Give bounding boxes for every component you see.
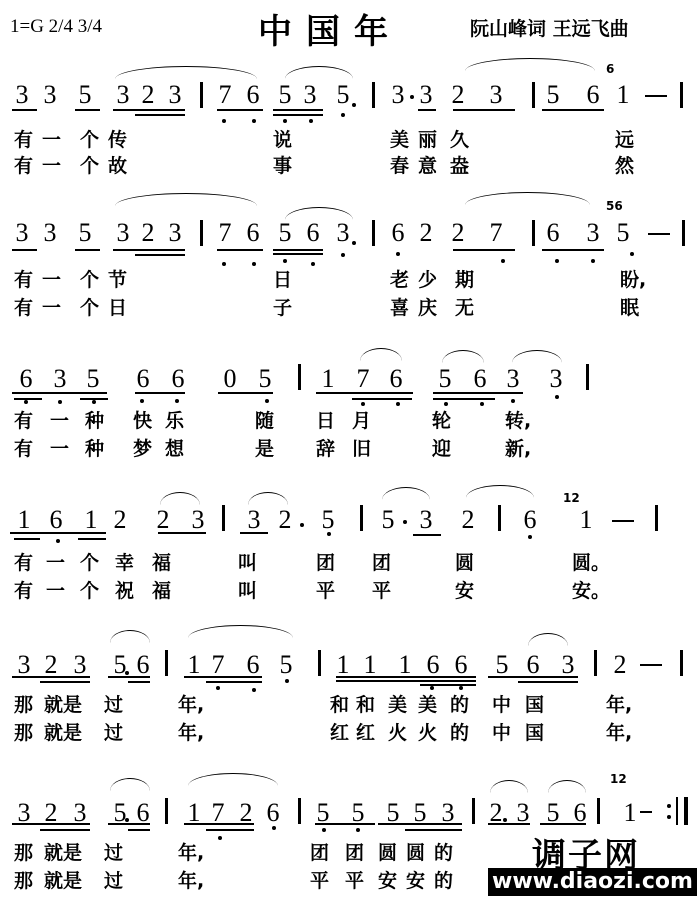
lyric: 传 (108, 129, 127, 151)
note: 5 (380, 507, 396, 533)
note: 7 (210, 652, 226, 678)
octave-dot (361, 402, 365, 406)
octave-dot (309, 119, 313, 123)
note: 3 (488, 82, 504, 108)
lyric: 的 (450, 694, 469, 716)
extension-dash (648, 233, 670, 235)
grace-note: 12 (610, 773, 627, 785)
lyric: 轮 (432, 410, 451, 432)
repeat-barline-thin (676, 797, 678, 825)
underline (217, 249, 263, 251)
lyric: 久 (450, 129, 469, 151)
slur (528, 633, 568, 646)
lyric: 年, (606, 694, 632, 716)
octave-dot (444, 402, 448, 406)
lyric: 庆 (418, 297, 437, 319)
barline (200, 82, 203, 108)
lyric: 火 (418, 722, 437, 744)
lyric: 一 (42, 297, 61, 319)
underline (273, 109, 323, 111)
lyric: 一 (42, 269, 61, 291)
octave-dot (216, 686, 220, 690)
barline (594, 650, 597, 676)
octave-dot (272, 826, 276, 830)
lyric: 那 (14, 694, 33, 716)
octave-dot (24, 400, 28, 404)
underline (128, 829, 150, 831)
lyric: 种 (85, 410, 104, 432)
underline (78, 538, 106, 540)
octave-dot (501, 259, 505, 263)
octave-dot (480, 402, 484, 406)
lyric: 远 (615, 129, 634, 151)
lyric: 过 (104, 722, 123, 744)
underline (12, 249, 37, 251)
note: 2 (277, 507, 293, 533)
note: 3 (548, 366, 564, 392)
repeat-barline-thick (684, 797, 688, 825)
note: 5 (545, 82, 561, 108)
song-credits: 阮山峰词 王远飞曲 (470, 14, 629, 41)
lyric: 子 (273, 297, 292, 319)
barline (165, 798, 168, 824)
lyric: 日 (273, 269, 292, 291)
slur (115, 66, 257, 79)
underline (453, 249, 515, 251)
note: 2 (155, 507, 171, 533)
note: 0 (222, 366, 238, 392)
lyric: 辞 (316, 438, 335, 460)
lyric: 月 (352, 410, 371, 432)
octave-dot (511, 399, 515, 403)
note: 5 (257, 366, 273, 392)
lyric: 眠 (620, 297, 639, 319)
lyric: 国 (525, 694, 544, 716)
extension-dash (645, 95, 667, 97)
underline (14, 538, 40, 540)
aug-dot (410, 95, 414, 99)
lyric: 安 (455, 580, 474, 602)
note: 5 (615, 220, 631, 246)
lyric: 梦 (133, 438, 152, 460)
lyric: 日 (108, 297, 127, 319)
song-title: 中国年 (258, 4, 402, 53)
octave-dot (285, 679, 289, 683)
underline (420, 684, 476, 686)
lyric: 种 (85, 438, 104, 460)
slur (160, 492, 200, 505)
note: 5 (278, 652, 294, 678)
extension-dash (640, 664, 662, 666)
barline (298, 798, 301, 824)
note: 1 (578, 507, 594, 533)
octave-dot (265, 399, 269, 403)
underline (217, 109, 263, 111)
lyric: 丽 (418, 129, 437, 151)
underline (12, 109, 37, 111)
lyric: 乐 (165, 410, 184, 432)
lyric: 年, (178, 870, 204, 892)
octave-dot (252, 262, 256, 266)
lyric: 一 (46, 580, 65, 602)
underline (12, 823, 90, 825)
grace-note: 12 (563, 492, 580, 504)
note: 5 (77, 82, 93, 108)
aug-dot (503, 818, 507, 822)
octave-dot (218, 836, 222, 840)
note: 3 (560, 652, 576, 678)
underline (378, 823, 462, 825)
lyric: 红 (330, 722, 349, 744)
octave-dot (356, 828, 360, 832)
lyric: 火 (388, 722, 407, 744)
lyric: 节 (108, 269, 127, 291)
underline (542, 249, 604, 251)
underline (113, 249, 185, 251)
note: 3 (505, 366, 521, 392)
note: 1 (16, 507, 32, 533)
lyric: 平 (310, 870, 329, 892)
lyric: 无 (455, 297, 474, 319)
lyric: 叫 (238, 552, 257, 574)
note: 1 (320, 366, 336, 392)
lyric: 那 (14, 722, 33, 744)
note: 1 (397, 652, 413, 678)
lyric: 有 (14, 410, 33, 432)
underline (316, 392, 413, 394)
lyric: 然 (615, 155, 634, 177)
note: 5 (277, 82, 293, 108)
octave-dot (283, 119, 287, 123)
aug-dot (300, 523, 304, 527)
lyric: 就是 (44, 694, 82, 716)
aug-dot (125, 818, 129, 822)
note: 6 (245, 82, 261, 108)
underline (540, 823, 586, 825)
underline (418, 109, 436, 111)
lyric: 盎 (450, 155, 469, 177)
grace-note: 56 (606, 200, 623, 212)
lyric: 的 (434, 870, 453, 892)
note: 1 (335, 652, 351, 678)
note: 6 (135, 366, 151, 392)
lyric: 个 (80, 297, 99, 319)
lyric: 有 (14, 552, 33, 574)
octave-dot (322, 828, 326, 832)
lyric: 圆 (406, 842, 425, 864)
barline (372, 220, 375, 246)
lyric: 圆 (378, 842, 397, 864)
note: 7 (355, 366, 371, 392)
lyric: 和 (330, 694, 349, 716)
lyric: 幸 (115, 552, 134, 574)
note: 3 (115, 82, 131, 108)
slur (490, 780, 528, 793)
lyric: 叫 (238, 580, 257, 602)
note: 2 (140, 82, 156, 108)
lyric: 圆。 (572, 552, 610, 574)
note: 1 (622, 800, 638, 826)
note: 1 (615, 82, 631, 108)
octave-dot (555, 259, 559, 263)
underline (135, 114, 185, 116)
lyric: 快 (133, 410, 152, 432)
note: 6 (265, 800, 281, 826)
octave-dot (175, 399, 179, 403)
lyric: 中 (492, 722, 511, 744)
note: 2 (460, 507, 476, 533)
barline (165, 650, 168, 676)
underline (75, 109, 100, 111)
octave-dot (341, 253, 345, 257)
note: 5 (277, 220, 293, 246)
note: 5 (494, 652, 510, 678)
lyric: 个 (80, 552, 99, 574)
barline (532, 220, 535, 246)
extension-dash (612, 520, 634, 522)
octave-dot (555, 395, 559, 399)
barline (680, 650, 683, 676)
octave-dot (252, 119, 256, 123)
underline (405, 829, 462, 831)
lyric: 团 (310, 842, 329, 864)
lyric: 有 (14, 155, 33, 177)
octave-dot (459, 686, 463, 690)
slur (466, 485, 534, 498)
note: 3 (190, 507, 206, 533)
slur (512, 350, 562, 363)
note: 6 (388, 366, 404, 392)
slur (248, 492, 288, 505)
note: 2 (112, 507, 128, 533)
lyric: 团 (372, 552, 391, 574)
lyric: 那 (14, 870, 33, 892)
lyric: 老 (390, 269, 409, 291)
octave-dot (140, 399, 144, 403)
lyric: 喜 (390, 297, 409, 319)
slur (110, 630, 150, 643)
underline (14, 398, 42, 400)
underline (352, 398, 412, 400)
underline (336, 676, 476, 678)
slur (188, 773, 278, 786)
lyric: 个 (80, 269, 99, 291)
slur (465, 192, 590, 205)
underline (128, 681, 150, 683)
octave-dot (591, 259, 595, 263)
octave-dot (528, 535, 532, 539)
note: 3 (335, 220, 351, 246)
lyric: 有 (14, 129, 33, 151)
barline (655, 505, 658, 531)
note: 2 (612, 652, 628, 678)
lyric: 团 (345, 842, 364, 864)
note: 1 (83, 507, 99, 533)
note: 3 (302, 82, 318, 108)
lyric: 那 (14, 842, 33, 864)
note: 6 (545, 220, 561, 246)
octave-dot (252, 688, 256, 692)
note: 6 (425, 652, 441, 678)
aug-dot (352, 241, 356, 245)
note: 6 (453, 652, 469, 678)
lyric: 日 (316, 410, 335, 432)
underline (12, 676, 90, 678)
underline (135, 392, 185, 394)
note: 6 (170, 366, 186, 392)
underline (184, 823, 254, 825)
note: 3 (418, 82, 434, 108)
note: 2 (418, 220, 434, 246)
barline (498, 505, 501, 531)
note: 6 (18, 366, 34, 392)
lyric: 是 (255, 438, 274, 460)
lyric: 和 (356, 694, 375, 716)
note: 6 (585, 82, 601, 108)
barline (372, 82, 375, 108)
lyric: 年, (178, 842, 204, 864)
octave-dot (311, 262, 315, 266)
note: 5 (335, 82, 351, 108)
octave-dot (222, 119, 226, 123)
barline (222, 505, 225, 531)
extension-dash (640, 811, 652, 813)
lyric: 安 (406, 870, 425, 892)
lyric: 个 (80, 129, 99, 151)
lyric: 随 (255, 410, 274, 432)
underline (488, 823, 530, 825)
lyric: 一 (42, 129, 61, 151)
lyric: 期 (455, 269, 474, 291)
octave-dot (396, 402, 400, 406)
lyric: 美 (390, 129, 409, 151)
lyric: 年, (178, 722, 204, 744)
watermark-url: www.diaozi.com (488, 868, 697, 896)
note: 3 (115, 220, 131, 246)
octave-dot (430, 686, 434, 690)
note: 6 (245, 652, 261, 678)
note: 6 (522, 507, 538, 533)
barline (318, 650, 321, 676)
lyric: 一 (42, 155, 61, 177)
lyric: 说 (273, 129, 292, 151)
barline (680, 82, 683, 108)
note: 6 (48, 507, 64, 533)
barline (532, 82, 535, 108)
lyric: 一 (50, 410, 69, 432)
lyric: 意 (418, 155, 437, 177)
note: 5 (85, 366, 101, 392)
barline (682, 220, 685, 246)
barline (597, 798, 600, 824)
octave-dot (58, 400, 62, 404)
note: 3 (167, 220, 183, 246)
lyric: 就是 (44, 870, 82, 892)
octave-dot (92, 400, 96, 404)
octave-dot (341, 113, 345, 117)
grace-note: 6 (606, 63, 614, 75)
lyric: 想 (165, 438, 184, 460)
slur (285, 66, 353, 79)
note: 2 (450, 82, 466, 108)
note: 3 (14, 82, 30, 108)
note: 1 (362, 652, 378, 678)
slur (442, 350, 484, 363)
lyric: 红 (356, 722, 375, 744)
slur (465, 58, 595, 71)
lyric: 福 (152, 552, 171, 574)
lyric: 过 (104, 842, 123, 864)
note: 7 (488, 220, 504, 246)
lyric: 新, (505, 438, 531, 460)
lyric: 春 (390, 155, 409, 177)
note: 5 (77, 220, 93, 246)
lyric: 福 (152, 580, 171, 602)
lyric: 过 (104, 694, 123, 716)
note: 2 (450, 220, 466, 246)
lyric: 平 (372, 580, 391, 602)
underline (75, 249, 100, 251)
lyric: 有 (14, 580, 33, 602)
note: 6 (525, 652, 541, 678)
lyric: 转, (505, 410, 531, 432)
underline (433, 392, 523, 394)
octave-dot (327, 532, 331, 536)
lyric: 安 (378, 870, 397, 892)
lyric: 盼, (620, 269, 646, 291)
lyric: 有 (14, 297, 33, 319)
repeat-dot (667, 804, 671, 808)
underline (10, 532, 106, 534)
lyric: 年, (606, 722, 632, 744)
aug-dot (352, 103, 356, 107)
barline (298, 364, 301, 390)
barline (586, 364, 589, 390)
lyric: 少 (418, 269, 437, 291)
slur (382, 487, 430, 500)
slur (110, 778, 150, 791)
underline (206, 829, 254, 831)
note: 3 (72, 652, 88, 678)
slur (360, 348, 402, 361)
underline (433, 398, 495, 400)
underline (273, 253, 323, 255)
lyric: 团 (316, 552, 335, 574)
note: 7 (217, 220, 233, 246)
slur (548, 780, 586, 793)
note: 3 (246, 507, 262, 533)
aug-dot (403, 520, 407, 524)
lyric: 安。 (572, 580, 610, 602)
underline (542, 109, 604, 111)
key-signature: 1=G 2/4 3/4 (10, 16, 102, 38)
barline (472, 798, 475, 824)
underline (158, 532, 206, 534)
note: 3 (42, 220, 58, 246)
octave-dot (396, 252, 400, 256)
underline (453, 109, 515, 111)
underline (113, 109, 185, 111)
lyric: 过 (104, 870, 123, 892)
lyric: 中 (492, 694, 511, 716)
underline (108, 823, 150, 825)
note: 6 (135, 652, 151, 678)
underline (518, 681, 578, 683)
aug-dot (125, 671, 129, 675)
lyric: 年, (178, 694, 204, 716)
note: 3 (42, 82, 58, 108)
underline (40, 681, 90, 683)
